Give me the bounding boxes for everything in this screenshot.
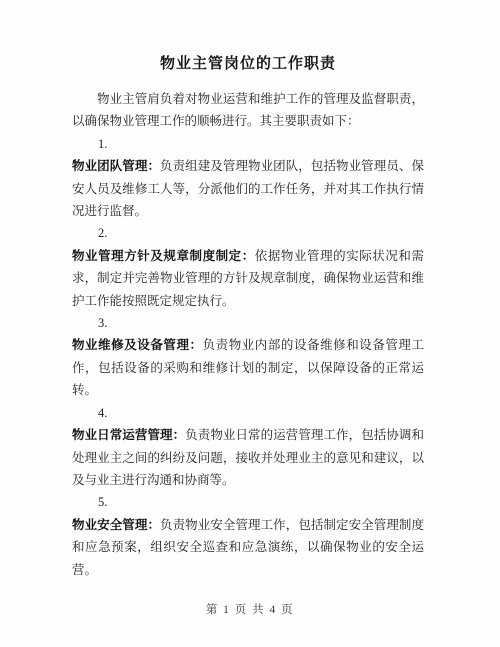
section-3-number: 3. (72, 312, 424, 334)
section-4-heading: 物业日常运营管理： (72, 428, 185, 442)
section-1-heading: 物业团队管理： (72, 159, 160, 173)
section-2-heading: 物业管理方针及规章制度制定： (72, 249, 255, 263)
section-4: 4. 物业日常运营管理：负责物业日常的运营管理工作，包括协调和处理业主之间的纠纷… (72, 402, 424, 492)
section-3: 3. 物业维修及设备管理：负责物业内部的设备维修和设备管理工作，包括设备的采购和… (72, 312, 424, 402)
section-1-paragraph: 物业团队管理：负责组建及管理物业团队，包括物业管理员、保安人员及维修工人等，分派… (72, 155, 424, 222)
page-number-footer: 第 1 页 共 4 页 (0, 601, 500, 617)
section-4-paragraph: 物业日常运营管理：负责物业日常的运营管理工作，包括协调和处理业主之间的纠纷及问题… (72, 424, 424, 491)
section-5-number: 5. (72, 491, 424, 513)
section-1-number: 1. (72, 133, 424, 155)
section-1: 1. 物业团队管理：负责组建及管理物业团队，包括物业管理员、保安人员及维修工人等… (72, 133, 424, 223)
document-page: 物业主管岗位的工作职责 物业主管肩负着对物业运营和维护工作的管理及监督职责，以确… (0, 0, 500, 647)
section-5-heading: 物业安全管理： (72, 518, 160, 532)
section-3-paragraph: 物业维修及设备管理：负责物业内部的设备维修和设备管理工作，包括设备的采购和维修计… (72, 334, 424, 401)
section-5-paragraph: 物业安全管理：负责物业安全管理工作，包括制定安全管理制度和应急预案，组织安全巡查… (72, 514, 424, 581)
section-2-number: 2. (72, 222, 424, 244)
intro-paragraph: 物业主管肩负着对物业运营和维护工作的管理及监督职责，以确保物业管理工作的顺畅进行… (72, 88, 424, 133)
section-2-paragraph: 物业管理方针及规章制度制定：依据物业管理的实际状况和需求，制定并完善物业管理的方… (72, 245, 424, 312)
section-3-heading: 物业维修及设备管理： (72, 338, 203, 352)
section-4-number: 4. (72, 402, 424, 424)
section-5: 5. 物业安全管理：负责物业安全管理工作，包括制定安全管理制度和应急预案，组织安… (72, 491, 424, 581)
section-2: 2. 物业管理方针及规章制度制定：依据物业管理的实际状况和需求，制定并完善物业管… (72, 222, 424, 312)
page-title: 物业主管岗位的工作职责 (72, 53, 424, 75)
